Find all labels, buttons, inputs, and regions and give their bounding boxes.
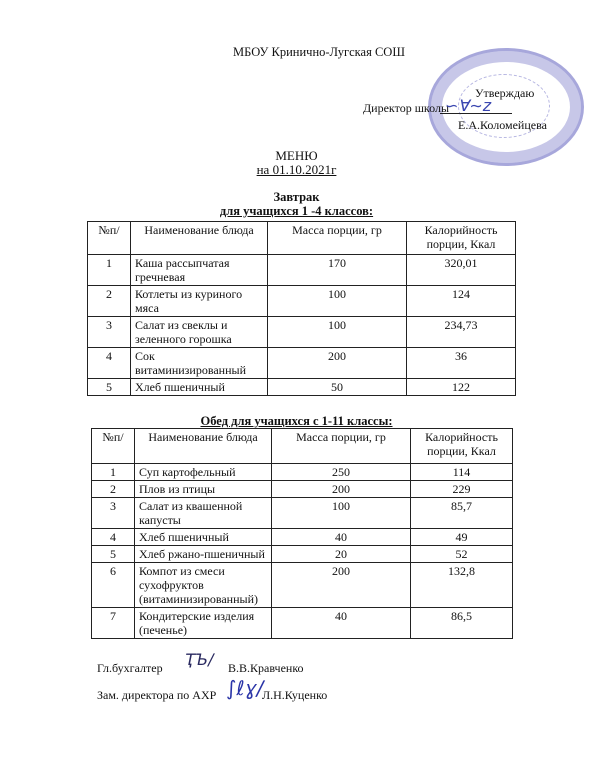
row-number: 4 xyxy=(88,348,131,379)
calories: 49 xyxy=(411,529,513,546)
row-number: 1 xyxy=(92,464,135,481)
table-row: 5Хлеб пшеничный50122 xyxy=(88,379,516,396)
director-signature-icon: ∽Ɐ∼z xyxy=(445,96,491,115)
dish-name: Хлеб пшеничный xyxy=(131,379,268,396)
calories: 36 xyxy=(407,348,516,379)
table-row: 6Компот из смеси сухофруктов (витаминизи… xyxy=(92,563,513,608)
row-number: 7 xyxy=(92,608,135,639)
lunch-title-text: Обед для учащихся с 1-11 классы: xyxy=(201,414,393,428)
table-row: 1Каша рассыпчатая гречневая170320,01 xyxy=(88,255,516,286)
column-header-number: №п/ xyxy=(88,222,131,255)
calories: 234,73 xyxy=(407,317,516,348)
row-number: 2 xyxy=(92,481,135,498)
deputy-name: Л.Н.Куценко xyxy=(262,688,327,703)
row-number: 5 xyxy=(88,379,131,396)
portion-mass: 100 xyxy=(268,286,407,317)
table-row: 3Салат из свеклы и зеленного горошка1002… xyxy=(88,317,516,348)
breakfast-table-body: 1Каша рассыпчатая гречневая170320,012Кот… xyxy=(88,255,516,396)
dish-name: Компот из смеси сухофруктов (витаминизир… xyxy=(135,563,272,608)
table-row: 2Плов из птицы200229 xyxy=(92,481,513,498)
school-name: МБОУ Кринично-Лугская СОШ xyxy=(233,45,405,60)
breakfast-table: №п/ Наименование блюда Масса порции, гр … xyxy=(87,221,516,396)
table-row: 2Котлеты из куриного мяса100124 xyxy=(88,286,516,317)
calories: 229 xyxy=(411,481,513,498)
portion-mass: 40 xyxy=(272,608,411,639)
dish-name: Суп картофельный xyxy=(135,464,272,481)
menu-date: на 01.10.2021г xyxy=(0,162,593,178)
calories: 124 xyxy=(407,286,516,317)
row-number: 3 xyxy=(92,498,135,529)
breakfast-title: Завтрак xyxy=(0,190,593,205)
table-row: 7Кондитерские изделия (печенье)4086,5 xyxy=(92,608,513,639)
portion-mass: 170 xyxy=(268,255,407,286)
calories: 320,01 xyxy=(407,255,516,286)
dish-name: Салат из свеклы и зеленного горошка xyxy=(131,317,268,348)
table-header-row: №п/ Наименование блюда Масса порции, гр … xyxy=(92,429,513,464)
dish-name: Кондитерские изделия (печенье) xyxy=(135,608,272,639)
dish-name: Сок витаминизированный xyxy=(131,348,268,379)
calories: 114 xyxy=(411,464,513,481)
dish-name: Хлеб ржано-пшеничный xyxy=(135,546,272,563)
table-header-row: №п/ Наименование блюда Масса порции, гр … xyxy=(88,222,516,255)
column-header-dish: Наименование блюда xyxy=(135,429,272,464)
calories: 85,7 xyxy=(411,498,513,529)
dish-name: Хлеб пшеничный xyxy=(135,529,272,546)
row-number: 5 xyxy=(92,546,135,563)
column-header-mass: Масса порции, гр xyxy=(272,429,411,464)
director-name: Е.А.Коломейцева xyxy=(458,118,547,133)
deputy-label: Зам. директора по АХР xyxy=(97,688,216,703)
portion-mass: 40 xyxy=(272,529,411,546)
portion-mass: 20 xyxy=(272,546,411,563)
portion-mass: 100 xyxy=(268,317,407,348)
table-row: 3Салат из квашенной капусты10085,7 xyxy=(92,498,513,529)
accountant-label: Гл.бухгалтер xyxy=(97,661,163,676)
table-row: 5Хлеб ржано-пшеничный2052 xyxy=(92,546,513,563)
portion-mass: 250 xyxy=(272,464,411,481)
row-number: 1 xyxy=(88,255,131,286)
dish-name: Салат из квашенной капусты xyxy=(135,498,272,529)
column-header-calories: Калорийность порции, Ккал xyxy=(407,222,516,255)
dish-name: Котлеты из куриного мяса xyxy=(131,286,268,317)
lunch-title: Обед для учащихся с 1-11 классы: xyxy=(0,414,593,429)
portion-mass: 200 xyxy=(272,563,411,608)
calories: 86,5 xyxy=(411,608,513,639)
row-number: 4 xyxy=(92,529,135,546)
breakfast-subtitle: для учащихся 1 -4 классов: xyxy=(0,204,593,219)
row-number: 6 xyxy=(92,563,135,608)
lunch-table-body: 1Суп картофельный2501142Плов из птицы200… xyxy=(92,464,513,639)
column-header-mass: Масса порции, гр xyxy=(268,222,407,255)
calories: 122 xyxy=(407,379,516,396)
column-header-dish: Наименование блюда xyxy=(131,222,268,255)
calories: 132,8 xyxy=(411,563,513,608)
table-row: 4Сок витаминизированный20036 xyxy=(88,348,516,379)
table-row: 4Хлеб пшеничный4049 xyxy=(92,529,513,546)
lunch-table: №п/ Наименование блюда Масса порции, гр … xyxy=(91,428,513,639)
menu-date-text: на 01.10.2021г xyxy=(257,162,337,177)
portion-mass: 50 xyxy=(268,379,407,396)
accountant-signature-icon: ҬЪ∕ xyxy=(185,650,213,669)
calories: 52 xyxy=(411,546,513,563)
director-label: Директор школы xyxy=(363,101,449,116)
dish-name: Каша рассыпчатая гречневая xyxy=(131,255,268,286)
column-header-calories: Калорийность порции, Ккал xyxy=(411,429,513,464)
portion-mass: 200 xyxy=(272,481,411,498)
table-row: 1Суп картофельный250114 xyxy=(92,464,513,481)
breakfast-subtitle-text: для учащихся 1 -4 классов: xyxy=(220,204,373,218)
column-header-number: №п/ xyxy=(92,429,135,464)
accountant-name: В.В.Кравченко xyxy=(228,661,304,676)
deputy-signature-icon: ∫ℓɣ∕ xyxy=(226,676,263,700)
dish-name: Плов из птицы xyxy=(135,481,272,498)
portion-mass: 200 xyxy=(268,348,407,379)
row-number: 3 xyxy=(88,317,131,348)
portion-mass: 100 xyxy=(272,498,411,529)
row-number: 2 xyxy=(88,286,131,317)
